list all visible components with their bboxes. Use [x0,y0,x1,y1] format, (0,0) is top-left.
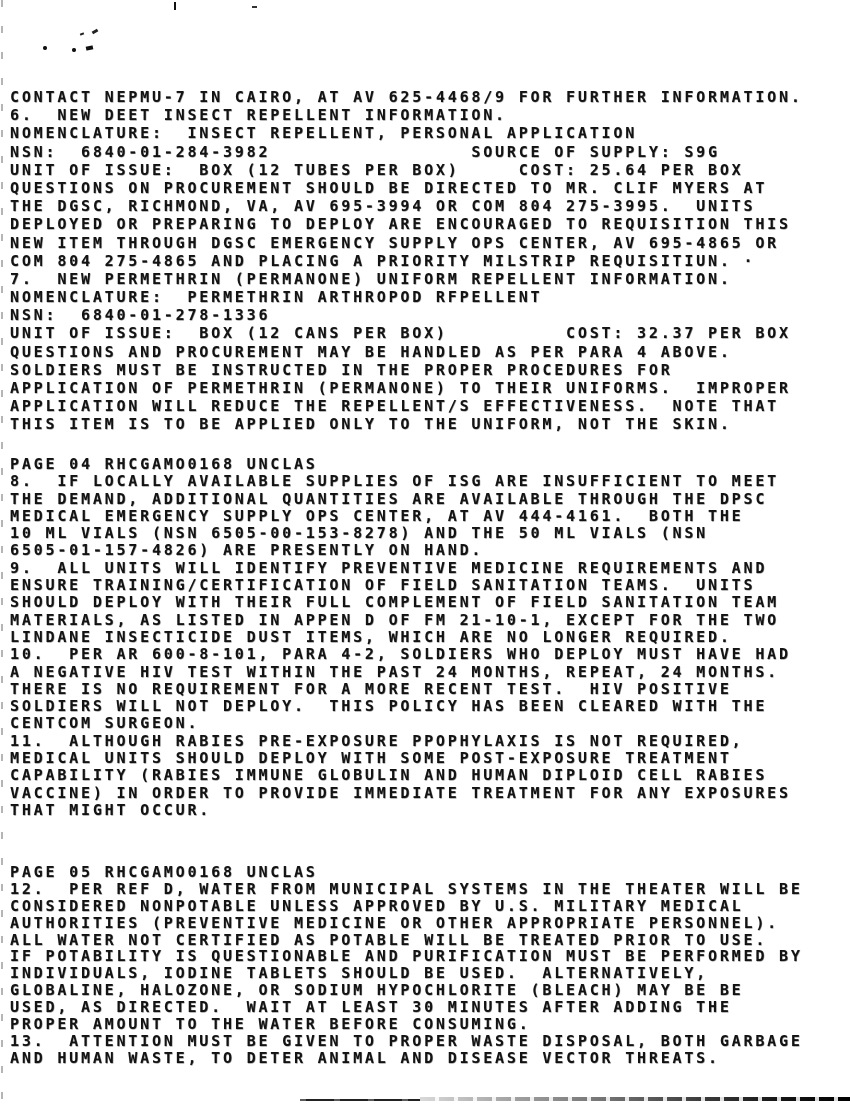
text-line: MATERIALS, AS LISTED IN APPEN D OF FM 21… [10,612,791,629]
text-line: LINDANE INSECTICIDE DUST ITEMS, WHICH AR… [10,629,791,646]
scanned-document-page: CONTACT NEPMU-7 IN CAIRO, AT AV 625-4468… [0,0,850,1107]
text-line: DEPLOYED OR PREPARING TO DEPLOY ARE ENCO… [10,215,803,233]
text-line: 8. IF LOCALLY AVAILABLE SUPPLIES OF ISG … [10,473,791,490]
text-line: NSN: 6840-01-284-3982 SOURCE OF SUPPLY: … [10,143,803,161]
scan-speck [43,46,47,50]
text-line: ENSURE TRAINING/CERTIFICATION OF FIELD S… [10,577,791,594]
text-line: CENTCOM SURGEON. [10,715,791,732]
text-line: 6505-01-157-4826) ARE PRESENTLY ON HAND. [10,542,791,559]
text-line: CONTACT NEPMU-7 IN CAIRO, AT AV 625-4468… [10,88,803,106]
text-line: 11. ALTHOUGH RABIES PRE-EXPOSURE PPOPHYL… [10,733,791,750]
text-line: MEDICAL EMERGENCY SUPPLY OPS CENTER, AT … [10,508,791,525]
doc-section-page-04: PAGE 04 RHCGAMO0168 UNCLAS8. IF LOCALLY … [10,456,791,819]
text-line: PROPER AMOUNT TO THE WATER BEFORE CONSUM… [10,1016,803,1033]
text-line: SHOULD DEPLOY WITH THEIR FULL COMPLEMENT… [10,594,791,611]
text-line: 12. PER REF D, WATER FROM MUNICIPAL SYST… [10,881,803,898]
text-line: COM 804 275-4865 AND PLACING A PRIORITY … [10,252,803,270]
text-line: ALL WATER NOT CERTIFIED AS POTABLE WILL … [10,932,803,949]
scan-dash-mark [252,6,257,8]
text-line: 10 ML VIALS (NSN 6505-00-153-8278) AND T… [10,525,791,542]
doc-section-page-03: CONTACT NEPMU-7 IN CAIRO, AT AV 625-4468… [10,88,803,434]
text-line: SOLDIERS MUST BE INSTRUCTED IN THE PROPE… [10,361,803,379]
text-line: APPLICATION WILL REDUCE THE REPELLENT/S … [10,397,803,415]
text-line: UNIT OF ISSUE: BOX (12 CANS PER BOX) COS… [10,324,803,342]
text-line: MEDICAL UNITS SHOULD DEPLOY WITH SOME PO… [10,750,791,767]
text-line: 13. ATTENTION MUST BE GIVEN TO PROPER WA… [10,1033,803,1050]
text-line: APPLICATION OF PERMETHRIN (PERMANONE) TO… [10,379,803,397]
text-line: 6. NEW DEET INSECT REPELLENT INFORMATION… [10,106,803,124]
text-line: 10. PER AR 600-8-101, PARA 4-2, SOLDIERS… [10,646,791,663]
scan-tick-mark [174,2,176,10]
text-line: THERE IS NO REQUIREMENT FOR A MORE RECEN… [10,681,791,698]
doc-section-page-05: PAGE 05 RHCGAMO0168 UNCLAS12. PER REF D,… [10,864,803,1067]
text-line: NOMENCLATURE: INSECT REPELLENT, PERSONAL… [10,124,803,142]
text-line: QUESTIONS ON PROCUREMENT SHOULD BE DIREC… [10,179,803,197]
text-line: NEW ITEM THROUGH DGSC EMERGENCY SUPPLY O… [10,234,803,252]
scan-bottom-edge-line [420,1097,850,1101]
text-line: NOMENCLATURE: PERMETHRIN ARTHROPOD RFPEL… [10,288,803,306]
scan-left-edge-line [1,0,3,1107]
text-line: THE DEMAND, ADDITIONAL QUANTITIES ARE AV… [10,491,791,508]
text-line: USED, AS DIRECTED. WAIT AT LEAST 30 MINU… [10,999,803,1016]
text-line: SOLDIERS WILL NOT DEPLOY. THIS POLICY HA… [10,698,791,715]
text-line: GLOBALINE, HALOZONE, OR SODIUM HYPOCHLOR… [10,982,803,999]
scan-speck [80,32,84,35]
scan-bottom-edge-line-faint [300,1099,420,1101]
text-line: THAT MIGHT OCCUR. [10,802,791,819]
text-line: AND HUMAN WASTE, TO DETER ANIMAL AND DIS… [10,1050,803,1067]
text-line: CONSIDERED NONPOTABLE UNLESS APPROVED BY… [10,898,803,915]
text-line: 9. ALL UNITS WILL IDENTIFY PREVENTIVE ME… [10,560,791,577]
text-line: PAGE 04 RHCGAMO0168 UNCLAS [10,456,791,473]
text-line: NSN: 6840-01-278-1336 [10,306,803,324]
text-line: INDIVIDUALS, IODINE TABLETS SHOULD BE US… [10,965,803,982]
scan-speck [86,45,94,50]
text-line: AUTHORITIES (PREVENTIVE MEDICINE OR OTHE… [10,915,803,932]
scan-speck [92,29,99,35]
scan-speck [72,48,76,52]
text-line: VACCINE) IN ORDER TO PROVIDE IMMEDIATE T… [10,785,791,802]
text-line: THIS ITEM IS TO BE APPLIED ONLY TO THE U… [10,415,803,433]
text-line: PAGE 05 RHCGAMO0168 UNCLAS [10,864,803,881]
text-line: IF POTABILITY IS QUESTIONABLE AND PURIFI… [10,948,803,965]
text-line: A NEGATIVE HIV TEST WITHIN THE PAST 24 M… [10,664,791,681]
text-line: QUESTIONS AND PROCUREMENT MAY BE HANDLED… [10,343,803,361]
text-line: CAPABILITY (RABIES IMMUNE GLOBULIN AND H… [10,767,791,784]
text-line: UNIT OF ISSUE: BOX (12 TUBES PER BOX) CO… [10,161,803,179]
text-line: 7. NEW PERMETHRIN (PERMANONE) UNIFORM RE… [10,270,803,288]
text-line: THE DGSC, RICHMOND, VA, AV 695-3994 OR C… [10,197,803,215]
